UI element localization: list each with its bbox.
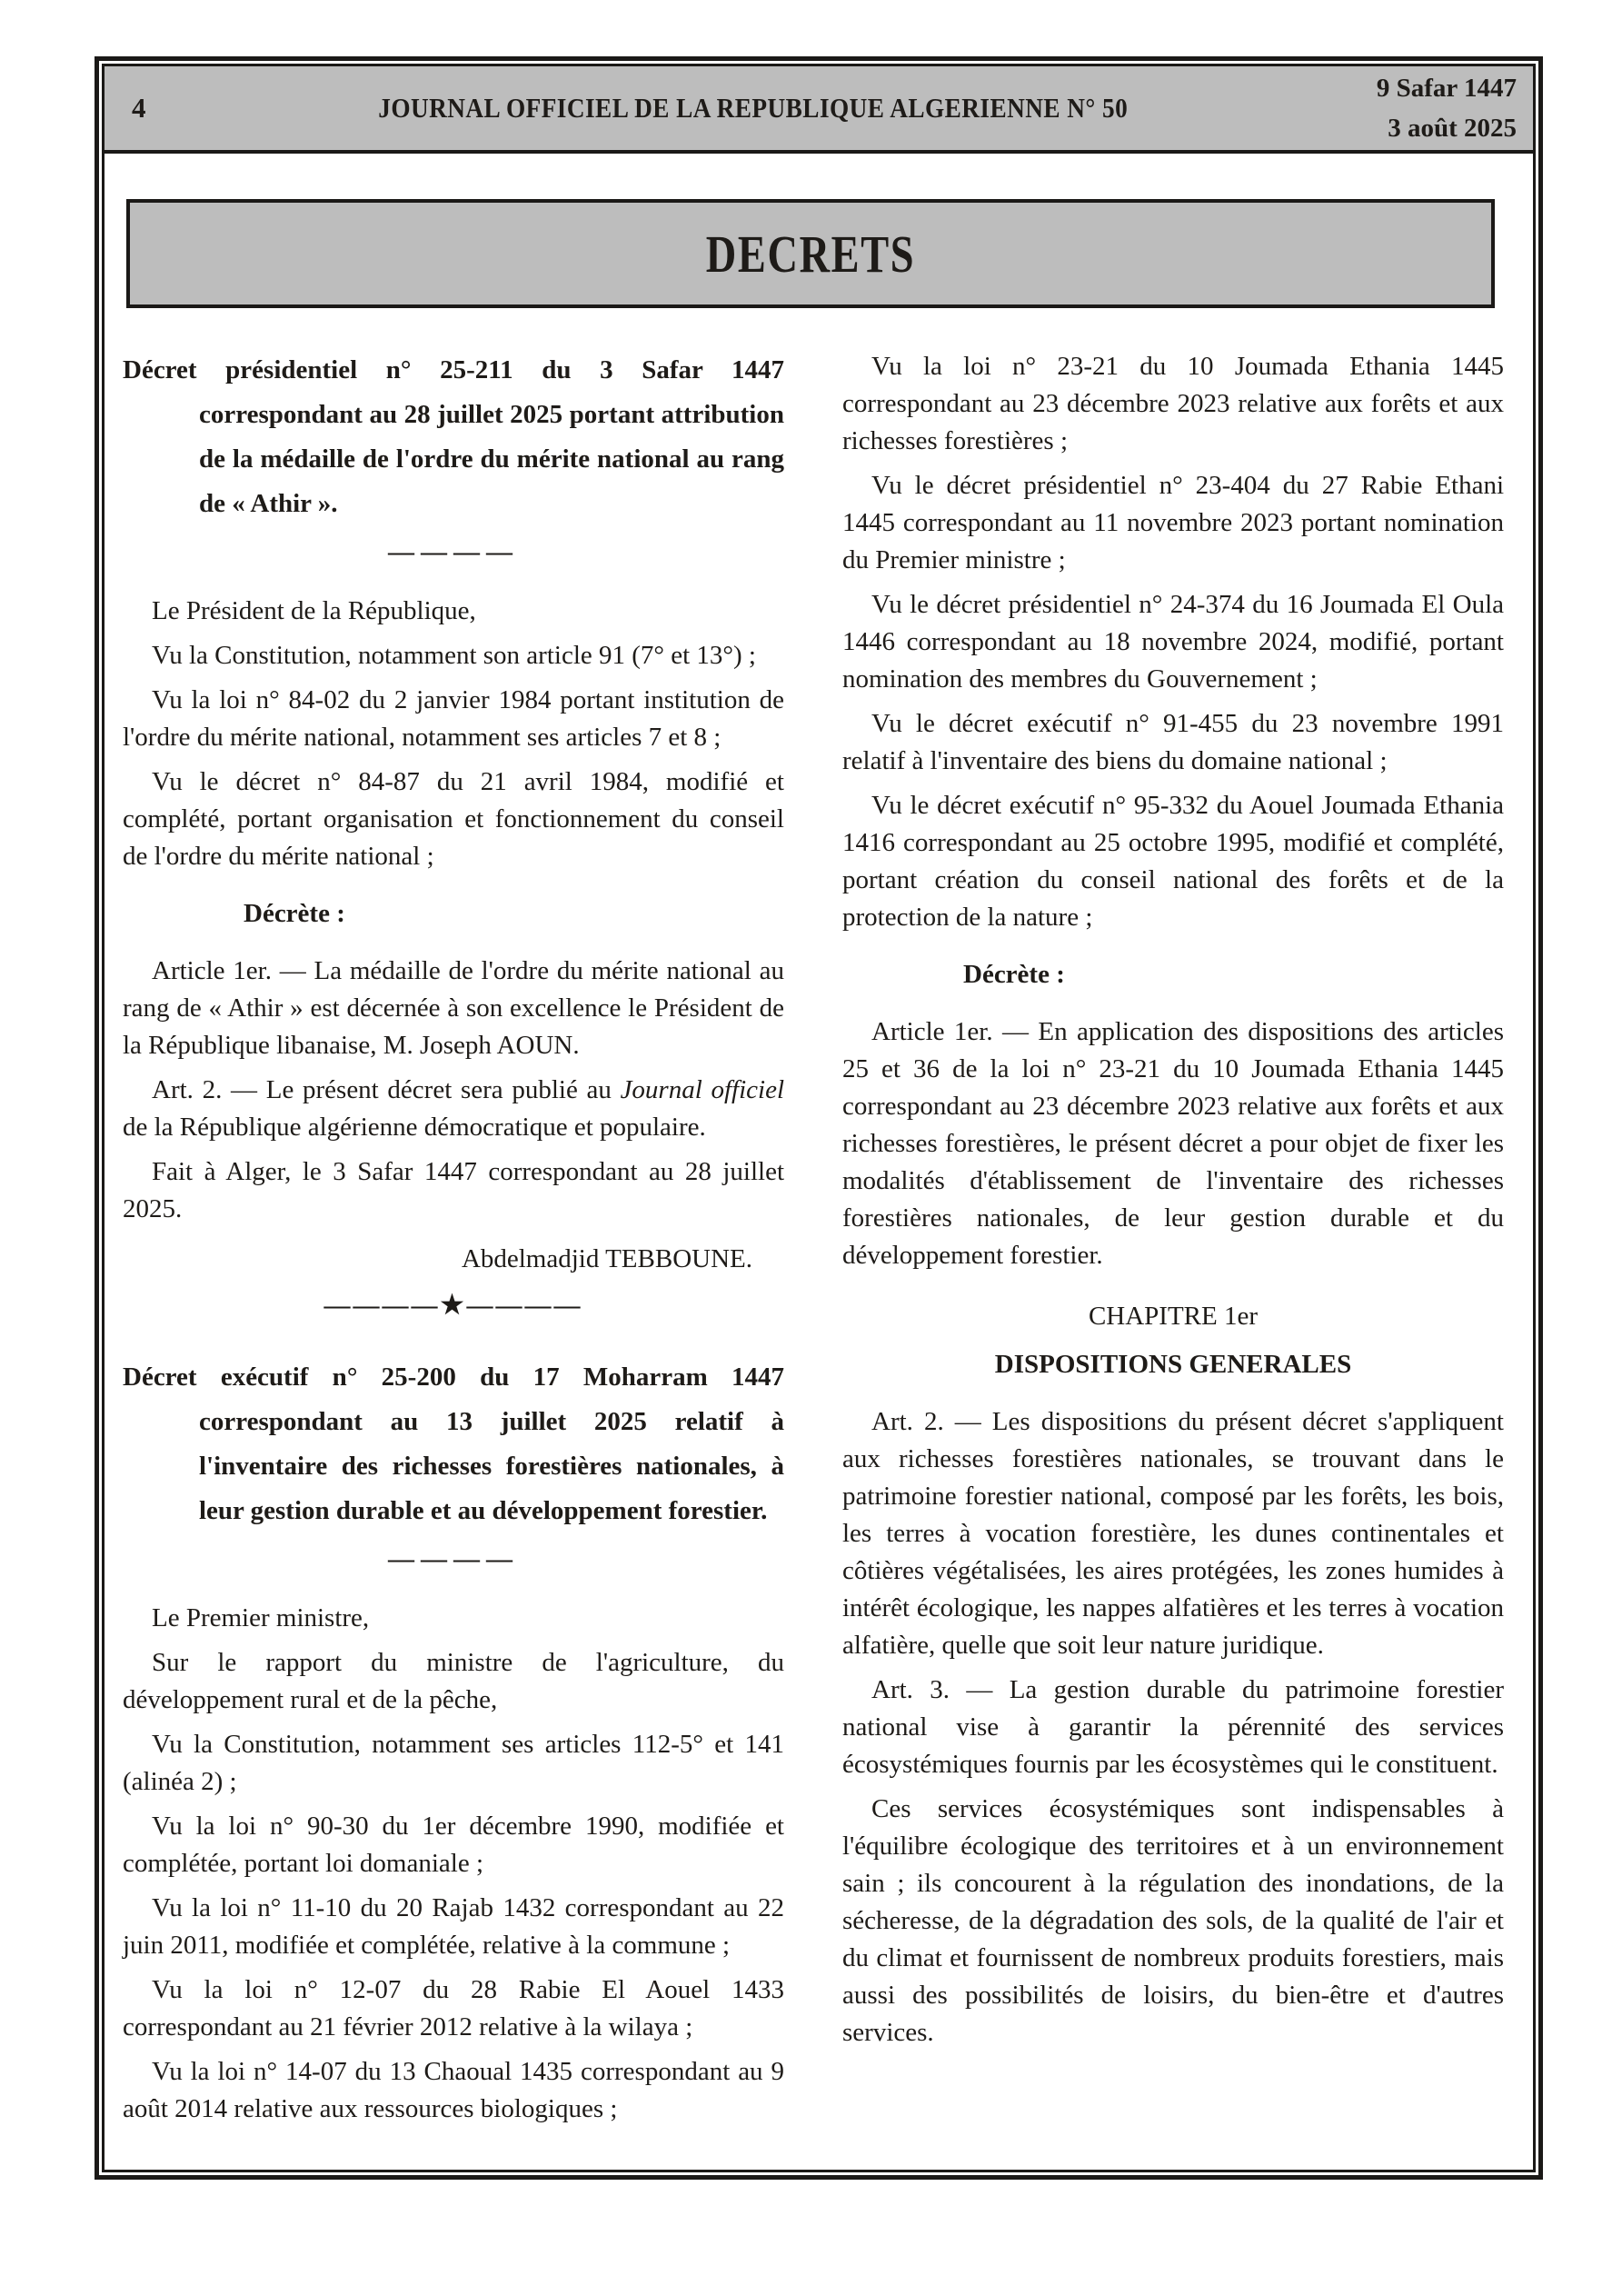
chapter-number: CHAPITRE 1er	[842, 1298, 1504, 1335]
journal-title: JOURNAL OFFICIEL DE LA REPUBLIQUE ALGERI…	[379, 92, 1129, 125]
page-frame: 4 JOURNAL OFFICIEL DE LA REPUBLIQUE ALGE…	[95, 56, 1543, 2180]
report-paragraph: Sur le rapport du ministre de l'agricult…	[123, 1644, 784, 1719]
date-place-paragraph: Fait à Alger, le 3 Safar 1447 correspond…	[123, 1153, 784, 1228]
visa-paragraph: Vu le décret exécutif n° 91-455 du 23 no…	[842, 705, 1504, 780]
page-number: 4	[132, 92, 204, 125]
section-banner: DECRETS	[126, 199, 1495, 308]
body-paragraph: Ces services écosystémiques sont indispe…	[842, 1791, 1504, 2051]
chapter-title: DISPOSITIONS GENERALES	[842, 1346, 1504, 1383]
star-divider-icon: ————★————	[123, 1287, 784, 1324]
visa-paragraph: Vu le décret présidentiel n° 23-404 du 2…	[842, 467, 1504, 579]
right-column: Vu la loi n° 23-21 du 10 Joumada Ethania…	[842, 348, 1504, 2135]
article-text: de la République algérienne démocratique…	[123, 1113, 706, 1142]
visa-paragraph: Vu le décret n° 84-87 du 21 avril 1984, …	[123, 764, 784, 875]
article-paragraph: Article 1er. — En application des dispos…	[842, 1013, 1504, 1274]
gazette-page: 4 JOURNAL OFFICIEL DE LA REPUBLIQUE ALGE…	[0, 0, 1622, 2296]
article-paragraph: Art. 3. — La gestion durable du patrimoi…	[842, 1672, 1504, 1783]
visa-paragraph: Vu la loi n° 84-02 du 2 janvier 1984 por…	[123, 682, 784, 756]
signature: Abdelmadjid TEBBOUNE.	[123, 1241, 784, 1278]
left-column: Décret présidentiel n° 25-211 du 3 Safar…	[123, 348, 784, 2135]
masthead: 4 JOURNAL OFFICIEL DE LA REPUBLIQUE ALGE…	[104, 66, 1533, 154]
hijri-date: 9 Safar 1447	[1302, 68, 1517, 108]
visa-paragraph: Vu la loi n° 11-10 du 20 Rajab 1432 corr…	[123, 1890, 784, 1964]
opening-paragraph: Le Président de la République,	[123, 593, 784, 630]
article-paragraph: Art. 2. — Les dispositions du présent dé…	[842, 1403, 1504, 1664]
journal-title-wrap: JOURNAL OFFICIEL DE LA REPUBLIQUE ALGERI…	[204, 92, 1302, 125]
page-frame-inner: 4 JOURNAL OFFICIEL DE LA REPUBLIQUE ALGE…	[102, 64, 1536, 2172]
visa-paragraph: Vu la loi n° 12-07 du 28 Rabie El Aouel …	[123, 1972, 784, 2046]
dash-divider-icon: ————	[123, 534, 784, 571]
article-paragraph: Article 1er. — La médaille de l'ordre du…	[123, 953, 784, 1064]
visa-paragraph: Vu la loi n° 14-07 du 13 Chaoual 1435 co…	[123, 2053, 784, 2128]
visa-paragraph: Vu la Constitution, notamment son articl…	[123, 637, 784, 674]
visa-paragraph: Vu le décret exécutif n° 95-332 du Aouel…	[842, 787, 1504, 936]
opening-paragraph: Le Premier ministre,	[123, 1600, 784, 1637]
visa-paragraph: Vu la loi n° 90-30 du 1er décembre 1990,…	[123, 1808, 784, 1882]
gregorian-date: 3 août 2025	[1302, 108, 1517, 148]
article-text: Art. 2. — Le présent décret sera publié …	[152, 1075, 621, 1104]
section-title: DECRETS	[706, 224, 915, 285]
visa-paragraph: Vu la loi n° 23-21 du 10 Joumada Ethania…	[842, 348, 1504, 460]
issue-dates: 9 Safar 1447 3 août 2025	[1302, 68, 1520, 148]
decrete-label: Décrète :	[963, 956, 1504, 993]
decree-title: Décret présidentiel n° 25-211 du 3 Safar…	[123, 348, 784, 526]
journal-officiel-italic: Journal officiel	[621, 1075, 784, 1104]
dash-divider-icon: ————	[123, 1541, 784, 1578]
visa-paragraph: Vu la Constitution, notamment ses articl…	[123, 1726, 784, 1801]
text-columns: Décret présidentiel n° 25-211 du 3 Safar…	[104, 308, 1533, 2170]
article-paragraph: Art. 2. — Le présent décret sera publié …	[123, 1072, 784, 1146]
decrete-label: Décrète :	[244, 895, 784, 933]
decree-title: Décret exécutif n° 25-200 du 17 Moharram…	[123, 1355, 784, 1533]
visa-paragraph: Vu le décret présidentiel n° 24-374 du 1…	[842, 586, 1504, 698]
